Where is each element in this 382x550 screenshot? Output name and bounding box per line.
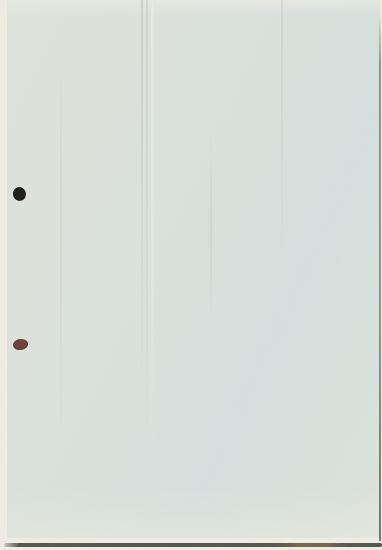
scanner-streak: [141, 0, 143, 422]
scanner-streak: [60, 65, 62, 444]
scanner-streak-light: [151, 0, 154, 498]
scanned-blank-page: [0, 0, 382, 550]
scanner-streak: [210, 130, 212, 325]
page-edge-shadow-bottom: [4, 543, 382, 547]
page-edge-shadow-right: [379, 12, 381, 541]
paper-sheet: [7, 0, 380, 541]
scanner-streak: [146, 0, 148, 465]
scanner-streak: [281, 0, 283, 281]
